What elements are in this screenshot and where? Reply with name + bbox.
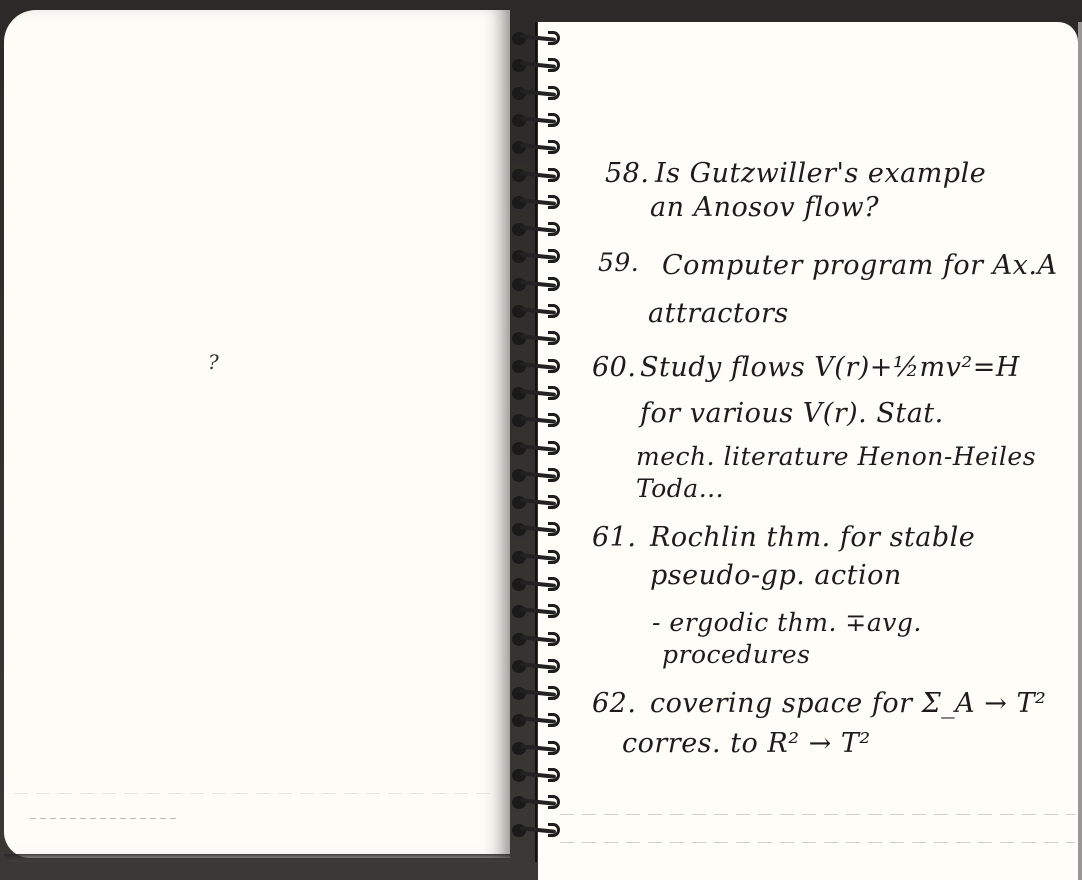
- entry-61-line-4: procedures: [662, 640, 810, 669]
- coil-loop: [548, 577, 560, 591]
- entry-58-line-2: an Anosov flow?: [650, 192, 879, 223]
- spiral-coil: [512, 85, 562, 103]
- coil-loop: [548, 168, 560, 182]
- entry-60-line-4: Toda...: [636, 474, 724, 503]
- spiral-coil: [512, 794, 562, 812]
- coil-loop: [548, 140, 560, 154]
- left-page-faint-ruled-line: [30, 818, 180, 819]
- spiral-coil: [512, 385, 562, 403]
- entry-59-number: 59.: [598, 248, 639, 277]
- spiral-coil: [512, 822, 562, 840]
- spiral-coil: [512, 549, 562, 567]
- right-ruled-line: [560, 842, 1075, 843]
- left-page-mark: ?: [208, 350, 219, 374]
- spiral-coil: [512, 467, 562, 485]
- coil-loop: [548, 195, 560, 209]
- coil-loop: [548, 823, 560, 837]
- entry-60-line-2: for various V(r). Stat.: [640, 398, 944, 429]
- coil-loop: [548, 522, 560, 536]
- spiral-coil: [512, 712, 562, 730]
- entry-61-number: 61.: [592, 522, 636, 553]
- spiral-coil: [512, 494, 562, 512]
- coil-loop: [548, 359, 560, 373]
- spiral-coil: [512, 248, 562, 266]
- spiral-coil: [512, 576, 562, 594]
- entry-61-line-1: Rochlin thm. for stable: [650, 522, 975, 553]
- coil-loop: [548, 113, 560, 127]
- entry-60-line-1: Study flows V(r)+½mv²=H: [640, 352, 1020, 383]
- spiral-coil: [512, 139, 562, 157]
- coil-loop: [548, 468, 560, 482]
- spiral-coil: [512, 303, 562, 321]
- left-ruled-line: [14, 793, 494, 794]
- coil-loop: [548, 304, 560, 318]
- coil-loop: [548, 58, 560, 72]
- entry-60-line-3: mech. literature Henon-Heiles: [636, 442, 1036, 471]
- coil-loop: [548, 31, 560, 45]
- spiral-coil: [512, 30, 562, 48]
- coil-loop: [548, 386, 560, 400]
- spiral-coil: [512, 740, 562, 758]
- coil-loop: [548, 249, 560, 263]
- coil-loop: [548, 277, 560, 291]
- spiral-coil: [512, 658, 562, 676]
- entry-62-line-2: corres. to R² → T²: [622, 728, 871, 759]
- spiral-coil: [512, 221, 562, 239]
- entry-58-number: 58.: [605, 158, 649, 189]
- entry-58-line-1: Is Gutzwiller's example: [655, 158, 986, 189]
- spiral-coil: [512, 276, 562, 294]
- spiral-coil: [512, 112, 562, 130]
- coil-loop: [548, 686, 560, 700]
- coil-loop: [548, 713, 560, 727]
- entry-62-number: 62.: [592, 688, 636, 719]
- coil-loop: [548, 413, 560, 427]
- spiral-coil: [512, 194, 562, 212]
- coil-loop: [548, 495, 560, 509]
- spiral-coil: [512, 603, 562, 621]
- coil-loop: [548, 795, 560, 809]
- right-page-edge: [1078, 22, 1082, 880]
- spiral-coil: [512, 440, 562, 458]
- entry-62-line-1: covering space for Σ_A → T²: [650, 688, 1046, 719]
- spiral-coil: [512, 57, 562, 75]
- spiral-coil: [512, 358, 562, 376]
- spiral-coil: [512, 767, 562, 785]
- entry-61-line-2: pseudo-gp. action: [650, 560, 902, 591]
- coil-loop: [548, 331, 560, 345]
- entry-59-line-2: attractors: [648, 298, 789, 329]
- entry-59-line-1: Computer program for Ax.A: [662, 250, 1057, 281]
- coil-loop: [548, 768, 560, 782]
- spiral-coil: [512, 412, 562, 430]
- coil-loop: [548, 550, 560, 564]
- spiral-coil: [512, 330, 562, 348]
- spiral-coil: [512, 521, 562, 539]
- coil-loop: [548, 441, 560, 455]
- left-page: [4, 10, 510, 858]
- coil-loop: [548, 222, 560, 236]
- coil-loop: [548, 659, 560, 673]
- coil-loop: [548, 741, 560, 755]
- coil-loop: [548, 86, 560, 100]
- right-ruled-line: [560, 814, 1075, 815]
- coil-loop: [548, 632, 560, 646]
- coil-loop: [548, 604, 560, 618]
- entry-60-number: 60.: [592, 352, 636, 383]
- entry-61-line-3: - ergodic thm. ∓avg.: [652, 608, 922, 637]
- spiral-coil: [512, 685, 562, 703]
- left-page-edge-shadow: [4, 854, 510, 862]
- spiral-coil: [512, 167, 562, 185]
- spiral-coil: [512, 631, 562, 649]
